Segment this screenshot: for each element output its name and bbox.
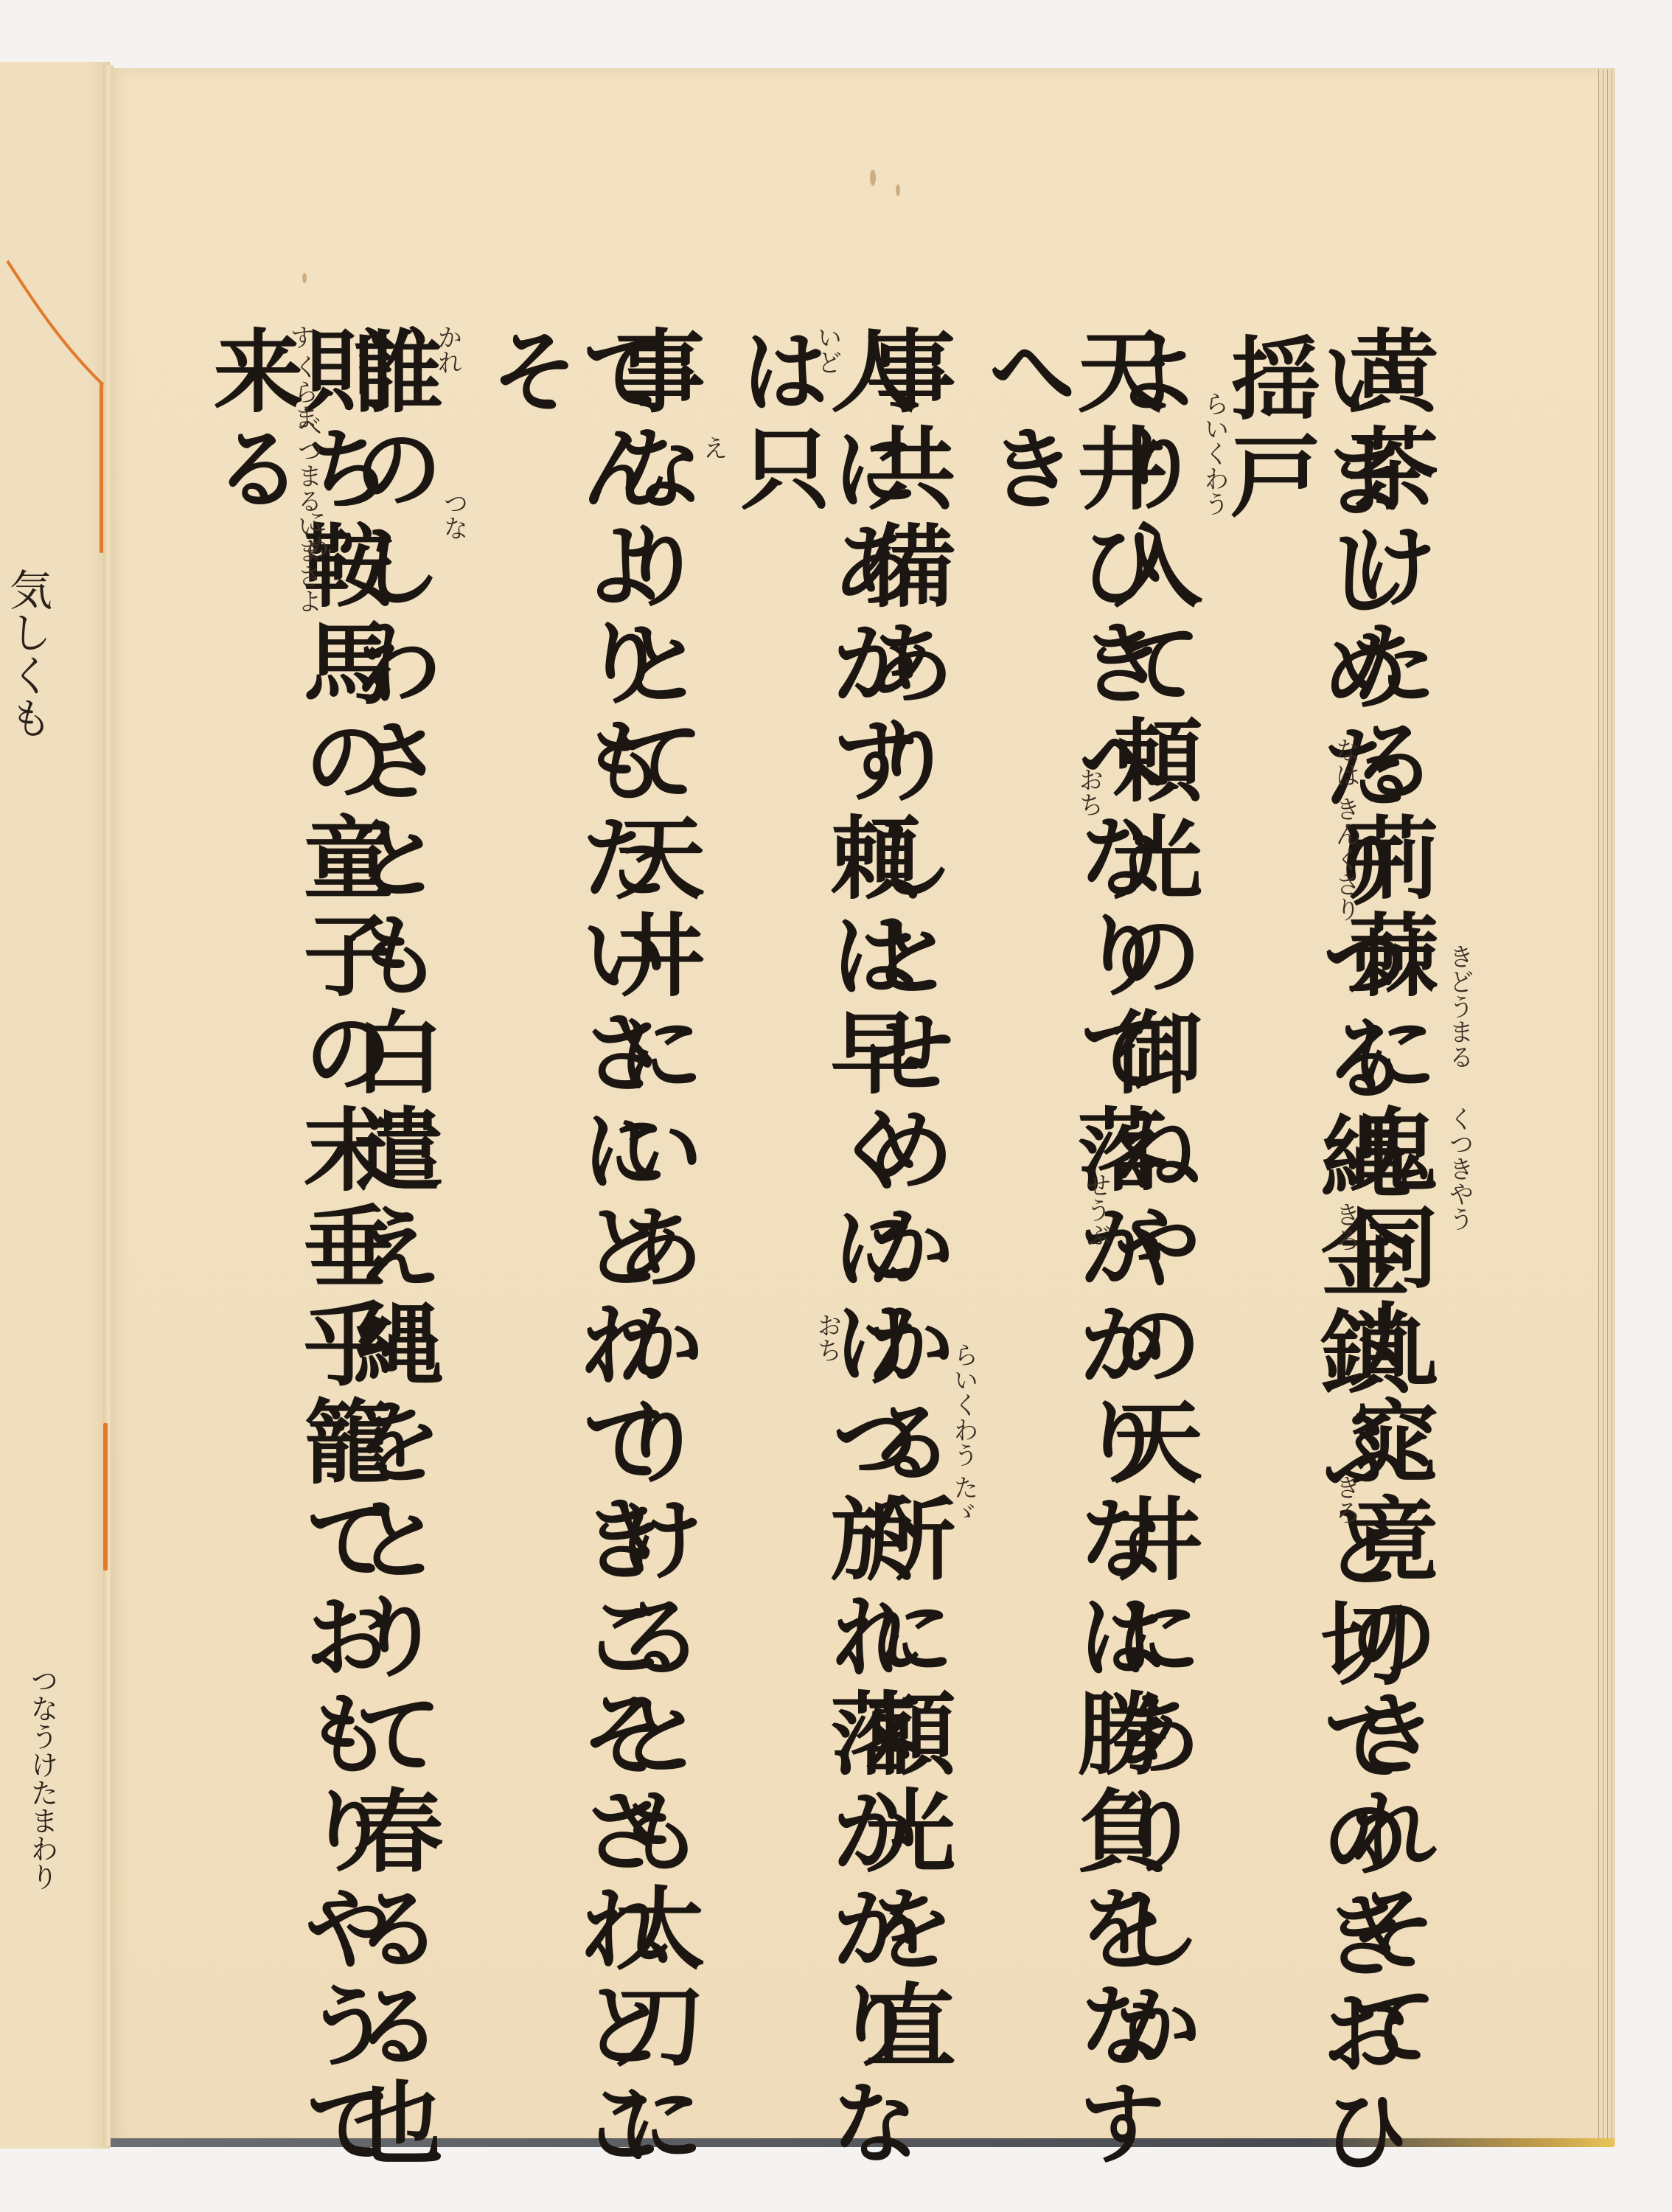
ruby-gloss: きろ [1333, 1202, 1358, 1252]
paper-stain [302, 273, 307, 283]
binding-thread [103, 1423, 108, 1571]
left-page-text: 気しくも [6, 568, 49, 739]
ruby-gloss: くつきやう [1446, 1106, 1471, 1231]
ruby-gloss: す [288, 324, 313, 349]
text-column: てんよりもたいさにとれてきこそされとこそ [483, 324, 663, 2212]
ruby-gloss: きどうまる [1446, 944, 1471, 1069]
ruby-gloss: きろ [1333, 1475, 1358, 1525]
ruby-gloss: らいくわう [1202, 391, 1227, 516]
binding-thread [100, 383, 103, 553]
text-column: いましめたりつる縄金鎖ふと切てのきおひ揺戸 [1224, 332, 1404, 2212]
paper-stain [896, 184, 900, 196]
binding-thread-loose [4, 258, 108, 391]
ruby-gloss: いど [815, 324, 840, 375]
ruby-gloss: おち [1076, 767, 1101, 817]
ruby-gloss: せうぶ [1084, 1172, 1109, 1248]
ruby-gloss: なは [1333, 737, 1358, 787]
ruby-gloss: こめ [302, 509, 327, 559]
paper-stain [870, 170, 876, 186]
ruby-gloss: たゞ [951, 1475, 976, 1525]
text-column: 人にあかす頼は早くにけつ於れ落かかりなは只 [734, 324, 913, 2212]
page-edges [1598, 69, 1615, 2146]
ruby-gloss: かれ [435, 324, 460, 375]
text-column: 天井ひきへなりて落かかりなは勝負をなすへき [980, 324, 1160, 2212]
ruby-gloss: おち [815, 1312, 840, 1363]
ruby-gloss: らいくわう [951, 1342, 976, 1467]
ruby-gloss: え [700, 435, 725, 460]
left-page-text: つなうけたまわり [28, 1666, 56, 1891]
ruby-gloss: きんくさり [1333, 796, 1358, 922]
ruby-gloss: つな [441, 490, 466, 540]
